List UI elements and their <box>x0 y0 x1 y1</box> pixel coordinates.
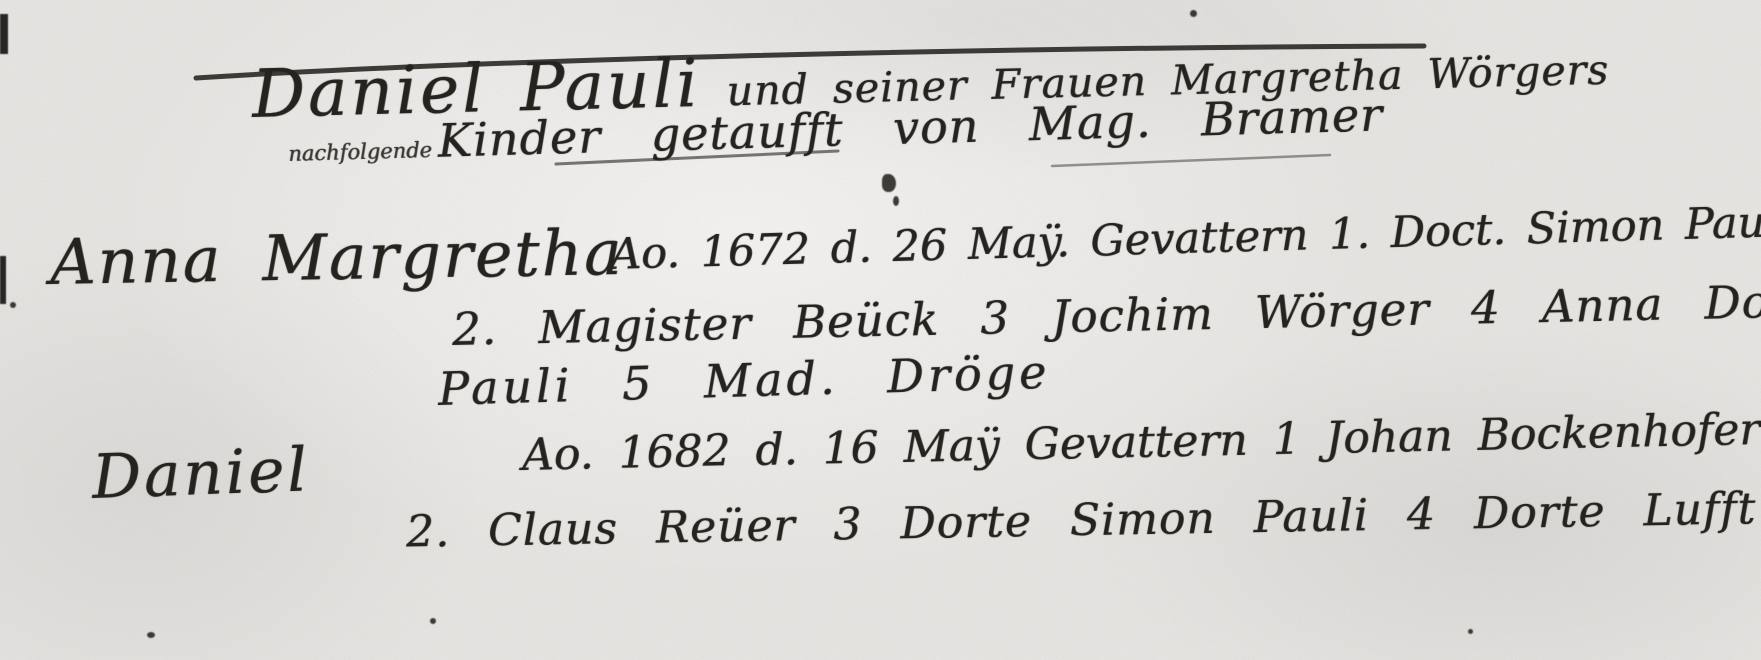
ink-speck <box>1190 10 1197 17</box>
scan-edge-mark <box>0 14 8 54</box>
ink-speck <box>882 174 896 192</box>
bramer-cross-stroke <box>1052 155 1330 166</box>
scan-edge-mark <box>0 256 6 304</box>
header-subtitle-smallword: nachfolgende <box>288 138 432 166</box>
manuscript-page: Daniel Pauli und seiner Frauen Margretha… <box>0 0 1761 660</box>
ink-speck <box>147 632 155 638</box>
entry2-record-line2: 2. Claus Reüer 3 Dorte Simon Pauli 4 Dor… <box>406 483 1757 558</box>
ink-speck <box>10 302 16 308</box>
entry2-child-name: Daniel <box>91 434 311 513</box>
entry1-record-line2: 2. Magister Beück 3 Jochim Wörger 4 Anna… <box>451 274 1761 356</box>
ink-speck <box>1468 629 1473 634</box>
entry1-record-line3: Pauli 5 Mad. Dröge <box>437 345 1051 416</box>
entry1-record-line1: Ao. 1672 d. 26 Maÿ. Gevattern 1. Doct. S… <box>609 197 1761 280</box>
entry2-record-line1: Ao. 1682 d. 16 Maÿ Gevattern 1 Johan Boc… <box>521 404 1760 481</box>
entry1-child-name: Anna Margretha <box>49 216 624 299</box>
ink-speck <box>430 618 436 624</box>
ink-speck <box>893 196 899 206</box>
